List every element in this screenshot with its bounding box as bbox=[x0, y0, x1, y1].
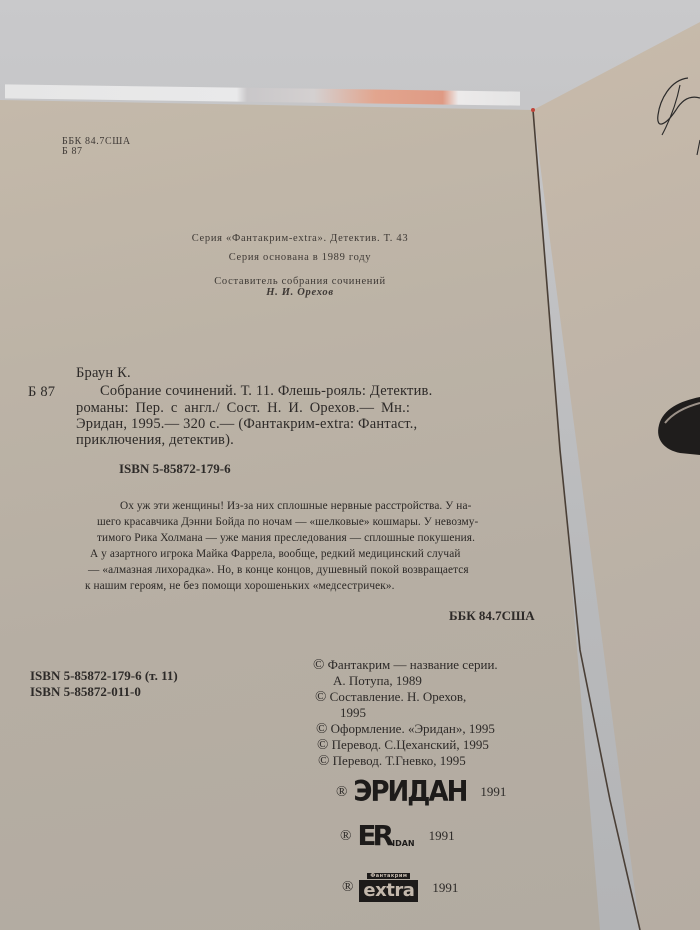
copyright-icon: © bbox=[315, 689, 326, 705]
copyright-series-name: © Фантакрим — название серии. bbox=[313, 657, 498, 673]
copyright-translation: © Перевод. С.Цеханский, 1995 bbox=[317, 737, 489, 753]
fantakrim-extra-logo: Фантакрим extra bbox=[359, 873, 418, 902]
copyright-icon: © bbox=[317, 737, 328, 753]
compiler-label: Составитель собрания сочинений bbox=[0, 276, 540, 287]
annotation-line: к нашим героям, не без помощи хорошеньки… bbox=[85, 578, 395, 594]
copyright-design: © Оформление. «Эридан», 1995 bbox=[316, 721, 495, 737]
copyright-compilation: © Составление. Н. Орехов, bbox=[315, 689, 466, 705]
copyright-icon: © bbox=[313, 657, 324, 673]
catalog-line: Собрание сочинений. Т. 11. Флешь-рояль: … bbox=[100, 383, 432, 399]
copyright-translation: © Перевод. Т.Гневко, 1995 bbox=[318, 753, 466, 769]
series-founded: Серия основана в 1989 году bbox=[0, 252, 540, 263]
catalog-line: Эридан, 1995.— 320 с.— (Фантакрим-extra:… bbox=[76, 416, 417, 432]
copyright-icon: © bbox=[318, 753, 329, 769]
copyright-continuation: А. Потупа, 1989 bbox=[333, 673, 422, 689]
copyright-continuation: 1995 bbox=[340, 705, 366, 721]
top-catalog-code: ББК 84.7США Б 87 bbox=[62, 137, 131, 157]
illustration-fragment bbox=[655, 395, 700, 475]
trademark-fantakrim-extra: ® Фантакрим extra 1991 bbox=[342, 873, 458, 902]
catalog-author: Браун К. bbox=[76, 365, 131, 381]
trademark-eridan-cyrillic: ® ЭРИДАН 1991 bbox=[336, 778, 506, 806]
author-mark: Б 87 bbox=[62, 147, 131, 157]
series-title: Серия «Фантакрим-extra». Детектив. Т. 43 bbox=[0, 233, 540, 244]
annotation-line: тимого Рика Холмана — уже мания преследо… bbox=[97, 530, 475, 546]
compiler-name: Н. И. Орехов bbox=[0, 287, 540, 298]
annotation-line: шего красавчика Дэнни Бойда по ночам — «… bbox=[97, 514, 478, 530]
trademark-eridan-latin: ® ER IDAN 1991 bbox=[340, 822, 455, 850]
registered-icon: ® bbox=[340, 828, 351, 845]
catalog-author-mark: Б 87 bbox=[28, 384, 55, 400]
isbn-series: ISBN 5-85872-011-0 bbox=[30, 684, 141, 700]
annotation-line: — «алмазная лихорадка». Но, в конце конц… bbox=[88, 562, 469, 578]
catalog-isbn: ISBN 5-85872-179-6 bbox=[119, 461, 231, 477]
bottom-bbk-code: ББК 84.7США bbox=[449, 608, 535, 624]
copyright-icon: © bbox=[316, 721, 327, 737]
trademark-year: 1991 bbox=[432, 880, 458, 896]
annotation-line: А у азартного игрока Майка Фаррела, вооб… bbox=[90, 546, 460, 562]
handwritten-inscription bbox=[640, 60, 700, 160]
annotation-line: Ох уж эти женщины! Из-за них сплошные не… bbox=[120, 498, 471, 514]
isbn-volume: ISBN 5-85872-179-6 (т. 11) bbox=[30, 668, 178, 684]
trademark-year: 1991 bbox=[429, 828, 455, 844]
registered-icon: ® bbox=[342, 879, 353, 896]
eridan-logo: ЭРИДАН bbox=[353, 777, 466, 808]
registered-icon: ® bbox=[336, 784, 347, 801]
trademark-year: 1991 bbox=[480, 784, 506, 800]
catalog-line: приключения, детектив). bbox=[76, 432, 234, 448]
catalog-line: романы: Пер. с англ./ Сост. Н. И. Орехов… bbox=[76, 400, 410, 416]
eridan-er-logo: ER IDAN bbox=[357, 822, 414, 850]
